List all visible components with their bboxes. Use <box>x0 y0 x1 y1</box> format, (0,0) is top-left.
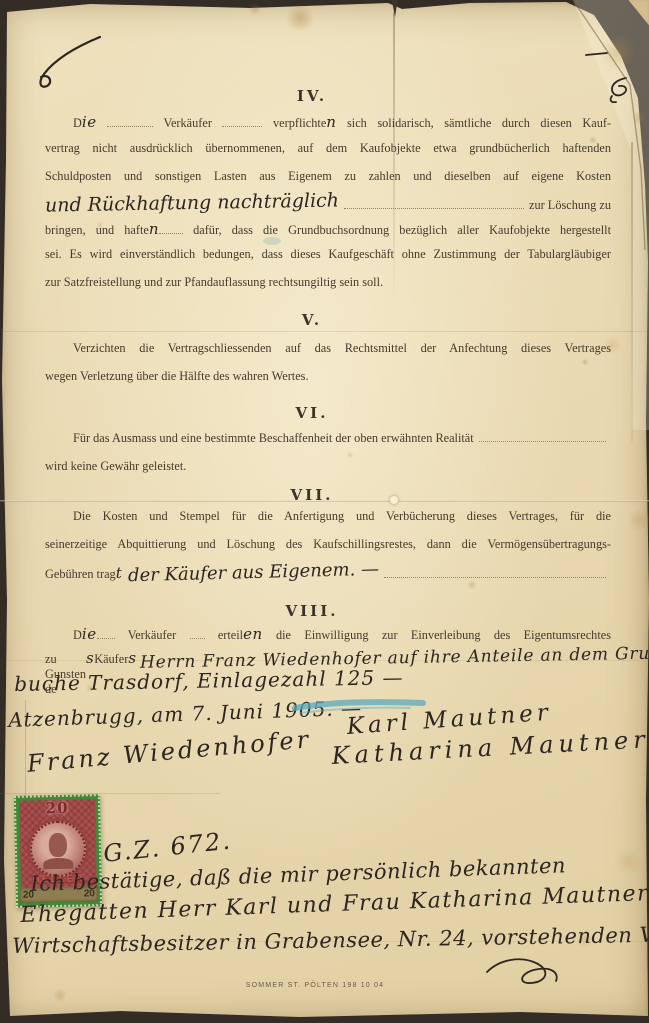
printed-text: Die Kosten und Stempel für die Anfertigu… <box>73 509 611 523</box>
contract-line: Gebühren tragt der Käufer aus Eigenem. — <box>45 562 611 583</box>
printed-text: Verzichten die Vertragschliessenden auf … <box>73 341 611 355</box>
printed-text: D <box>73 628 82 642</box>
section-heading-vi: VI. <box>45 404 579 422</box>
contract-line: seinerzeitige Abquittierung und Löschung… <box>45 537 611 552</box>
contract-line: Die Verkäufer verpflichten sich solidari… <box>45 113 611 131</box>
printed-text: zur Löschung zu <box>529 198 611 213</box>
printed-text: Gebühren trag <box>45 567 116 582</box>
blank-line <box>222 117 262 127</box>
contract-line: wegen Verletzung über die Hälfte des wah… <box>45 369 611 384</box>
section-heading-vii: VII. <box>45 486 579 504</box>
blank-line <box>159 224 183 234</box>
printed-text: sich solidarisch, sämtliche durch diesen… <box>347 116 611 130</box>
handwritten-entry: en <box>243 625 263 643</box>
portrait-head <box>49 833 67 857</box>
handwritten-entry: ie <box>82 625 97 643</box>
handwritten-entry: n <box>149 220 159 238</box>
contract-line: Die Kosten und Stempel für die Anfertigu… <box>45 509 611 524</box>
contract-line: wird keine Gewähr geleistet. <box>45 459 611 474</box>
contract-line: vertrag nicht ausdrücklich übernommenen,… <box>45 141 611 156</box>
contract-line: Für das Ausmass und eine bestimmte Besch… <box>45 431 611 446</box>
printed-text: dafür, dass die Grundbuchsordnung bezügl… <box>193 223 611 237</box>
blank-line <box>97 629 115 639</box>
handwritten-entry: n <box>326 113 336 131</box>
stamp-value: 20 <box>14 798 100 818</box>
contract-line: Die Verkäufer erteilen die Einwilligung … <box>45 625 611 643</box>
blank-line <box>190 629 205 639</box>
printed-text: Verkäufer <box>163 116 211 130</box>
printed-text: die Einwilligung zur Einverleibung des E… <box>276 628 611 642</box>
contract-line: Verzichten die Vertragschliessenden auf … <box>45 341 611 356</box>
handwritten-entry: der Käufer aus Eigenem. — <box>128 559 379 587</box>
blank-line <box>344 199 524 209</box>
printer-imprint: SOMMER ST. PÖLTEN 198 10 04 <box>45 982 585 989</box>
section-heading-v: V. <box>45 311 579 329</box>
handwritten-entry: t <box>116 564 123 582</box>
printed-text: D <box>73 116 82 130</box>
printed-text: Für das Ausmass und eine bestimmte Besch… <box>73 431 474 446</box>
handwritten-entry: s <box>128 649 136 667</box>
contract-line: und Rückhaftung nachträglichzur Löschung… <box>45 192 611 214</box>
printed-text: Verkäufer <box>128 628 176 642</box>
contract-line: bringen, und haften dafür, dass die Grun… <box>45 220 611 238</box>
printed-text: Käufer <box>94 652 128 667</box>
handwritten-entry: und Rückhaftung nachträglich <box>45 189 339 216</box>
section-heading-viii: VIII. <box>45 602 579 620</box>
contract-line: Schuldposten und sonstigen Lasten aus Ei… <box>45 169 611 184</box>
blank-line <box>479 432 606 442</box>
blank-line <box>107 117 153 127</box>
handwritten-entry: s <box>86 649 94 667</box>
portrait-shoulders <box>43 858 73 870</box>
section-heading-iv: IV. <box>45 87 579 105</box>
handwritten-entry: ie <box>82 113 97 131</box>
contract-line: zur Satzfreistellung und zur Pfandauflas… <box>45 275 611 290</box>
contract-line: sei. Es wird einverständlich bedungen, d… <box>45 247 611 262</box>
printed-text: erteil <box>218 628 243 642</box>
blank-line <box>384 568 606 578</box>
printed-text: bringen, und hafte <box>45 223 149 237</box>
printed-text: verpflichte <box>273 116 326 130</box>
